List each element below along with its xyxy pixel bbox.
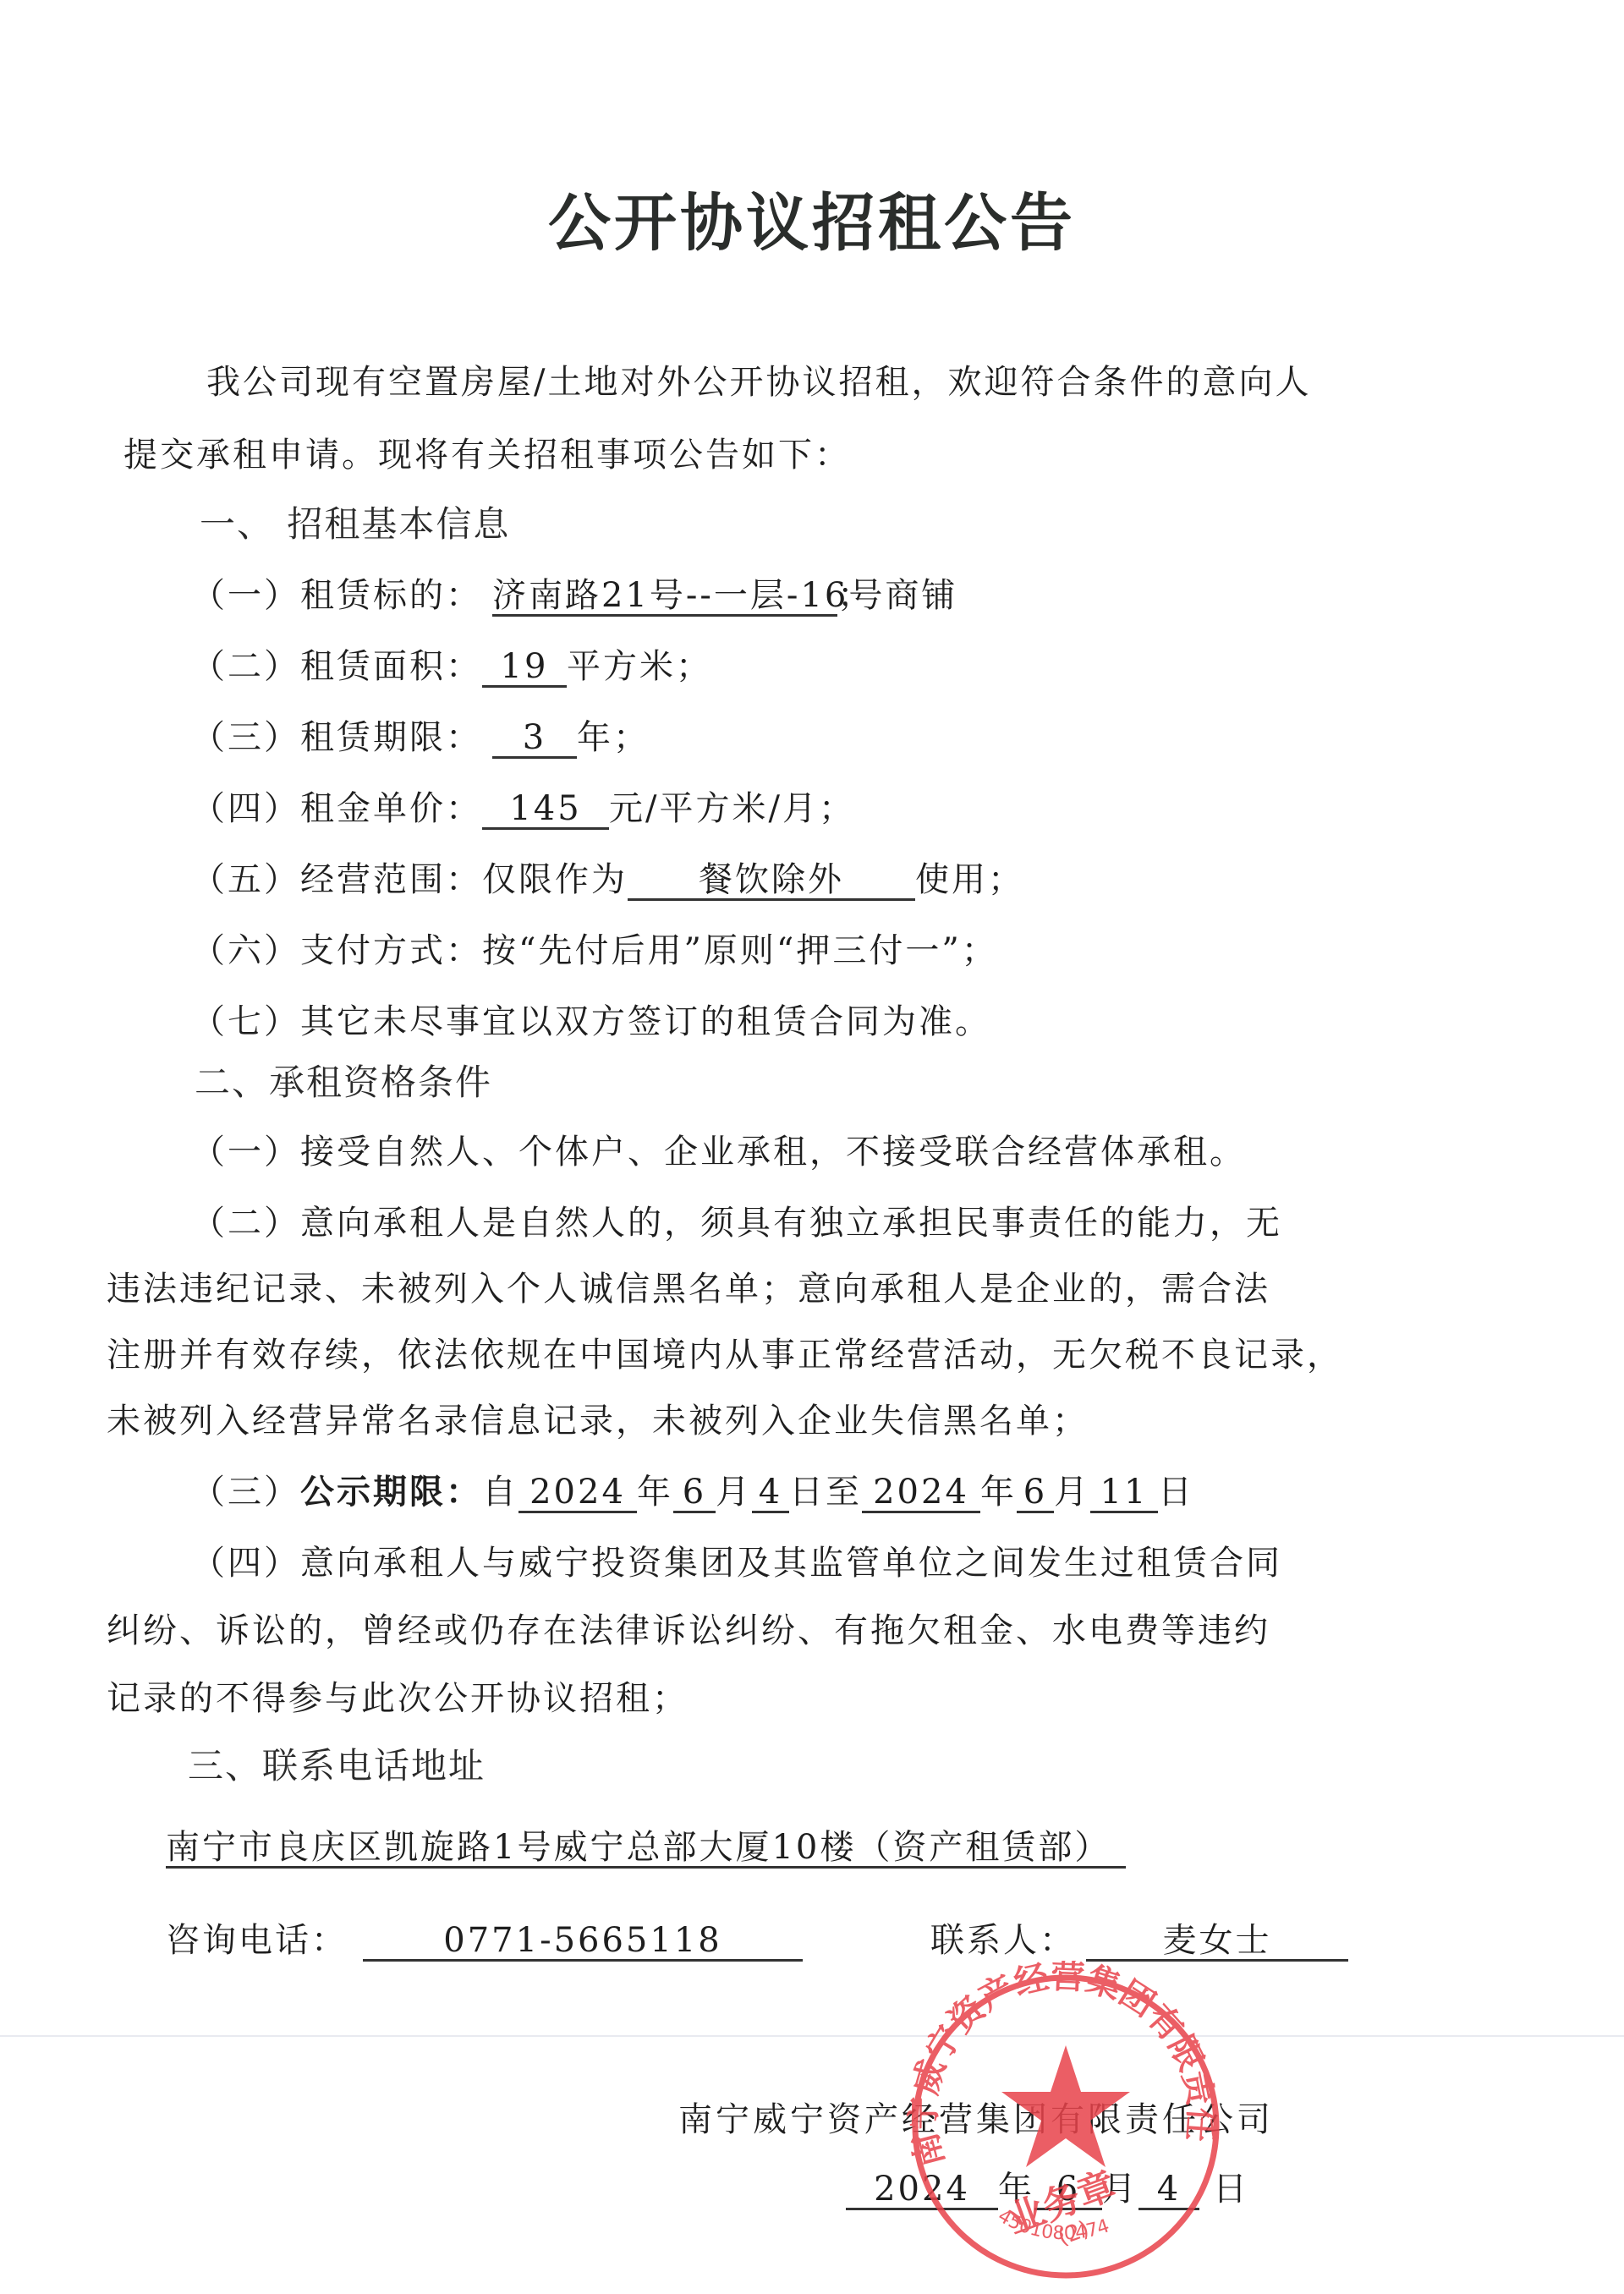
contact-line: 联系人：麦女士 [930, 1920, 1348, 1962]
day-word: 日 [1158, 1473, 1194, 1512]
month-word: 月 [1054, 1473, 1090, 1512]
year-word: 年 [998, 2170, 1034, 2209]
item-suffix: ； [837, 576, 874, 615]
day-word: 日 [1213, 2170, 1249, 2209]
publicity-period: （三）公示期限：自2024年6月4日至2024年6月11日 [191, 1472, 1194, 1513]
business-scope-value: 餐饮除外 [628, 861, 915, 901]
end-day: 11 [1090, 1474, 1158, 1513]
qualification-item-2-line-1: （二）意向承租人是自然人的，须具有独立承担民事责任的能力，无 [191, 1203, 1282, 1243]
signature-month: 6 [1034, 2171, 1102, 2210]
qualification-item-2-line-4: 未被列入经营异常名录信息记录，未被列入企业失信黑名单； [107, 1401, 1089, 1441]
section-3-heading: 三、联系电话地址 [188, 1746, 486, 1786]
item-lease-term: （三）租赁期限：3年； [191, 717, 650, 759]
qualification-item-4-line-1: （四）意向承租人与威宁投资集团及其监管单位之间发生过租赁合同 [191, 1543, 1282, 1583]
month-word: 月 [716, 1473, 752, 1512]
phone-line: 咨询电话：0771-5665118 [166, 1920, 803, 1962]
item-lease-area: （二）租赁面积：19平方米； [191, 646, 712, 688]
qualification-item-2-line-3: 注册并有效存续，依法依规在中国境内从事正常经营活动，无欠税不良记录， [107, 1335, 1343, 1375]
from-word: 自 [482, 1473, 518, 1512]
lease-area-value: 19 [482, 648, 567, 688]
scan-artifact-line [0, 2035, 1624, 2037]
item-suffix: 元/平方米/月； [609, 789, 855, 828]
item-other-matters: （七）其它未尽事宜以双方签订的租赁合同为准。 [191, 1002, 991, 1042]
qualification-item-2-line-2: 违法违纪记录、未被列入个人诚信黑名单；意向承租人是企业的，需合法 [107, 1269, 1270, 1309]
year-word: 年 [637, 1473, 673, 1512]
address-line: 南宁市良庆区凯旋路1号威宁总部大厦10楼（资产租赁部） [166, 1827, 1126, 1869]
seal-code-text: 4501080474 [994, 2205, 1112, 2244]
publicity-period-label: 公示期限： [300, 1473, 482, 1512]
intro-line-2: 提交承租申请。现将有关招租事项公告如下： [123, 435, 851, 475]
qualification-item-4-line-2: 纠纷、诉讼的，曾经或仍存在法律诉讼纠纷、有拖欠租金、水电费等违约 [107, 1611, 1270, 1651]
item-label: （五）经营范围：仅限作为 [191, 860, 628, 899]
document-page: 公开协议招租公告 我公司现有空置房屋/土地对外公开协议招租，欢迎符合条件的意向人… [0, 0, 1624, 2294]
section-2-heading: 二、承租资格条件 [195, 1062, 492, 1103]
item-payment-method: （六）支付方式：按“先付后用”原则“押三付一”； [191, 930, 998, 971]
contact-value: 麦女士 [1086, 1922, 1348, 1962]
contact-label: 联系人： [930, 1921, 1076, 1960]
day-to-word: 日至 [789, 1473, 862, 1512]
seal-sub-text: (2) [1055, 2216, 1093, 2251]
year-word: 年 [980, 1473, 1017, 1512]
item-label: （四）租金单价： [191, 789, 482, 828]
signature-year: 2024 [846, 2171, 998, 2210]
month-word: 月 [1102, 2170, 1138, 2209]
phone-value: 0771-5665118 [363, 1922, 803, 1962]
document-title: 公开协议招租公告 [0, 173, 1624, 263]
end-month: 6 [1017, 1474, 1054, 1513]
start-year: 2024 [518, 1474, 637, 1513]
item-suffix: 年； [577, 718, 650, 757]
item-business-scope: （五）经营范围：仅限作为餐饮除外使用； [191, 859, 1024, 901]
signature-day: 4 [1138, 2171, 1199, 2210]
item-prefix: （三） [191, 1473, 300, 1512]
section-1-heading: 一、 招租基本信息 [200, 504, 510, 545]
signature-date: 2024年6月4日 [846, 2169, 1249, 2210]
item-suffix: 使用； [915, 860, 1024, 899]
qualification-item-4-line-3: 记录的不得参与此次公开协议招租； [107, 1678, 689, 1719]
lease-term-value: 3 [492, 719, 577, 759]
item-label: （一）租赁标的： [191, 576, 482, 615]
signature-company: 南宁威宁资产经营集团有限责任公司 [678, 2099, 1274, 2140]
item-suffix: 平方米； [567, 647, 712, 686]
item-label: （三）租赁期限： [191, 718, 482, 757]
end-year: 2024 [862, 1474, 980, 1513]
start-day: 4 [752, 1474, 789, 1513]
item-label: （二）租赁面积： [191, 647, 482, 686]
start-month: 6 [673, 1474, 716, 1513]
qualification-item-1: （一）接受自然人、个体户、企业承租，不接受联合经营体承租。 [191, 1132, 1246, 1172]
address-value: 南宁市良庆区凯旋路1号威宁总部大厦10楼（资产租赁部） [166, 1829, 1126, 1869]
phone-label: 咨询电话： [166, 1921, 348, 1960]
intro-line-1: 我公司现有空置房屋/土地对外公开协议招租，欢迎符合条件的意向人 [206, 362, 1311, 403]
rent-price-value: 145 [482, 790, 609, 830]
lease-subject-value: 济南路21号--一层-16号商铺 [492, 577, 837, 617]
item-rent-price: （四）租金单价：145元/平方米/月； [191, 788, 855, 830]
item-lease-subject: （一）租赁标的：济南路21号--一层-16号商铺； [191, 575, 874, 617]
